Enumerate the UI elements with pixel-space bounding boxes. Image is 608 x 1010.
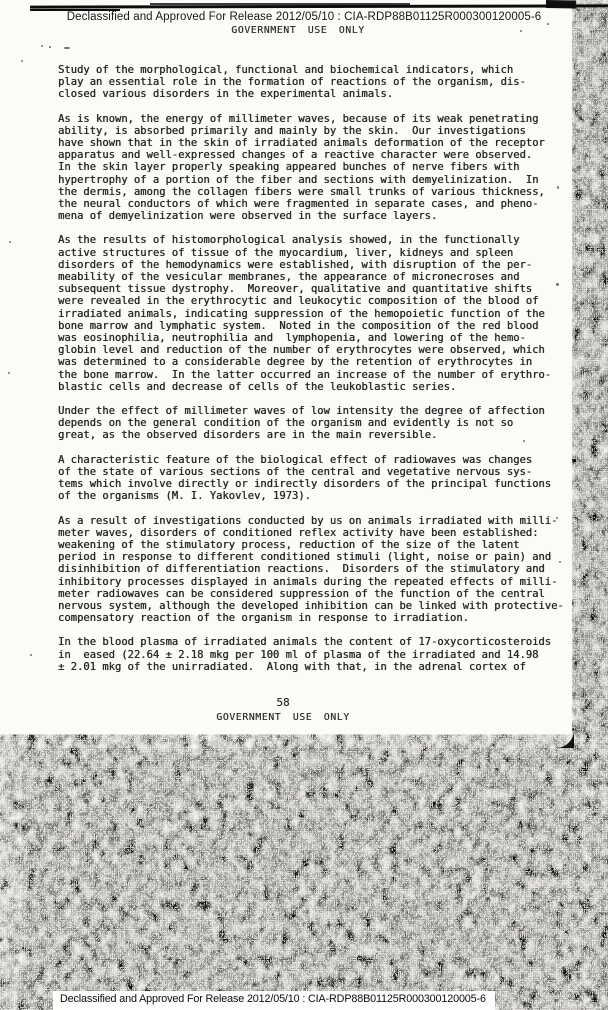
scan-speckle bbox=[8, 372, 10, 374]
scan-speckle bbox=[556, 283, 559, 286]
footer-classification-banner: GOVERNMENT USE ONLY bbox=[0, 712, 566, 723]
paragraph: As a result of investigations conducted … bbox=[58, 515, 564, 625]
scan-speckle bbox=[41, 45, 43, 47]
scan-speckle bbox=[49, 46, 51, 48]
scan-artifact-top-line bbox=[150, 3, 410, 5]
scan-speckle bbox=[523, 440, 525, 442]
paragraph: As the results of histomorphological ana… bbox=[58, 234, 564, 393]
scan-speckle bbox=[30, 654, 32, 656]
scan-bottom-region bbox=[22, 730, 608, 1010]
paragraph: Under the effect of millimeter waves of … bbox=[58, 405, 564, 442]
header-classification-banner: GOVERNMENT USE ONLY bbox=[0, 25, 596, 36]
scan-speckle bbox=[21, 60, 23, 62]
scan-speckle bbox=[557, 186, 559, 189]
declassification-header: Declassified and Approved For Release 20… bbox=[0, 11, 608, 23]
scan-speckle bbox=[547, 23, 549, 25]
scan-speckle bbox=[64, 47, 70, 49]
document-body: Study of the morphological, functional a… bbox=[58, 64, 564, 685]
page-number: 58 bbox=[0, 696, 566, 709]
scanned-document-page: Declassified and Approved For Release 20… bbox=[0, 0, 608, 1010]
scan-speckle bbox=[520, 30, 522, 32]
scan-speckle bbox=[9, 241, 11, 243]
declassification-footer: Declassified and Approved For Release 20… bbox=[53, 991, 495, 1010]
paragraph: As is known, the energy of millimeter wa… bbox=[58, 113, 564, 223]
paragraph: A characteristic feature of the biologic… bbox=[58, 454, 564, 503]
paragraph: In the blood plasma of irradiated animal… bbox=[58, 636, 564, 673]
declassification-footer-text: Declassified and Approved For Release 20… bbox=[60, 993, 486, 1005]
paragraph: Study of the morphological, functional a… bbox=[58, 64, 564, 101]
